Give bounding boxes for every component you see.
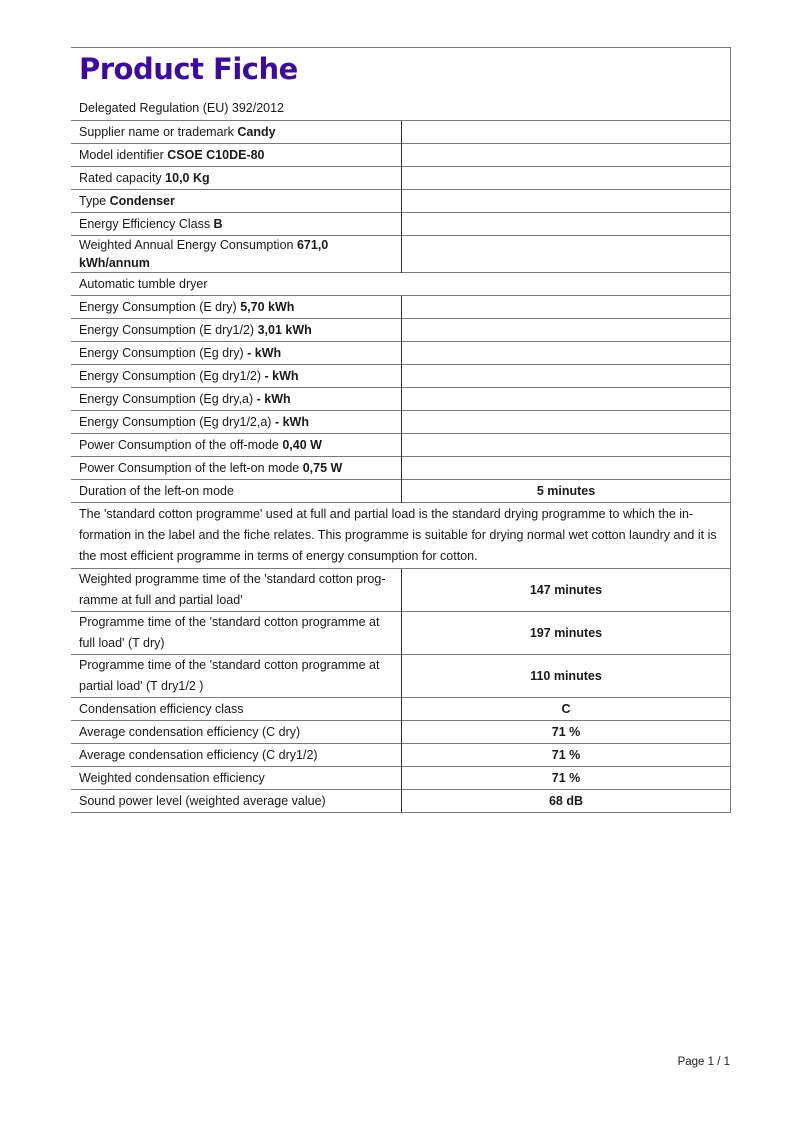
- spec-label-cell: Type Condenser: [71, 190, 402, 213]
- spec-value-cell: [402, 236, 731, 273]
- fiche-header: Product Fiche Delegated Regulation (EU) …: [71, 47, 731, 120]
- spec-value-cell: [402, 167, 731, 190]
- energy-value-cell: [402, 342, 731, 365]
- energy-label-cell: Power Consumption of the left-on mode 0,…: [71, 457, 402, 480]
- energy-label-cell: Duration of the left-on mode: [71, 480, 402, 503]
- programme-value: 147 minutes: [402, 569, 731, 612]
- note-row: The 'standard cotton programme' used at …: [71, 503, 731, 569]
- product-fiche: Product Fiche Delegated Regulation (EU) …: [71, 47, 731, 813]
- table-row: Programme time of the 'standard cotton p…: [71, 655, 731, 698]
- table-row: Energy Consumption (Eg dry1/2) - kWh: [71, 365, 731, 388]
- programme-label: Programme time of the 'standard cotton p…: [71, 655, 402, 698]
- row-label: Type: [79, 194, 110, 208]
- row-inline-value: CSOE C10DE-80: [167, 148, 264, 162]
- table-row: Sound power level (weighted average valu…: [71, 790, 731, 813]
- row-inline-value: - kWh: [257, 392, 291, 406]
- condensation-label: Average condensation efficiency (C dry): [71, 721, 402, 744]
- energy-value-cell: [402, 388, 731, 411]
- spec-label-cell: Model identifier CSOE C10DE-80: [71, 144, 402, 167]
- row-label: Energy Efficiency Class: [79, 217, 214, 231]
- table-row: Duration of the left-on mode5 minutes: [71, 480, 731, 503]
- energy-value-cell: [402, 365, 731, 388]
- row-label: Rated capacity: [79, 171, 165, 185]
- energy-value-cell: 5 minutes: [402, 480, 731, 503]
- row-label: Energy Consumption (Eg dry): [79, 346, 247, 360]
- condensation-label: Average condensation efficiency (C dry1/…: [71, 744, 402, 767]
- table-row: Model identifier CSOE C10DE-80: [71, 144, 731, 167]
- row-label: Energy Consumption (E dry): [79, 300, 240, 314]
- row-inline-value: 3,01 kWh: [258, 323, 312, 337]
- programme-value: 110 minutes: [402, 655, 731, 698]
- section-row: Automatic tumble dryer: [71, 273, 731, 296]
- spec-value-cell: [402, 190, 731, 213]
- programme-label: Weighted programme time of the 'standard…: [71, 569, 402, 612]
- table-row: Energy Consumption (E dry1/2) 3,01 kWh: [71, 319, 731, 342]
- table-row: Energy Consumption (Eg dry) - kWh: [71, 342, 731, 365]
- fiche-table: Supplier name or trademark CandyModel id…: [71, 120, 731, 813]
- table-row: Type Condenser: [71, 190, 731, 213]
- row-label: Energy Consumption (E dry1/2): [79, 323, 258, 337]
- spec-value-cell: [402, 144, 731, 167]
- energy-label-cell: Energy Consumption (Eg dry) - kWh: [71, 342, 402, 365]
- programme-note: The 'standard cotton programme' used at …: [71, 503, 731, 569]
- page-indicator: Page 1 / 1: [678, 1056, 730, 1068]
- section-label: Automatic tumble dryer: [71, 273, 731, 296]
- table-row: Energy Consumption (E dry) 5,70 kWh: [71, 296, 731, 319]
- row-inline-value: B: [214, 217, 223, 231]
- row-inline-value: 10,0 Kg: [165, 171, 209, 185]
- row-inline-value: 0,75 W: [303, 461, 343, 475]
- table-row: Weighted condensation efficiency71 %: [71, 767, 731, 790]
- energy-label-cell: Energy Consumption (Eg dry1/2,a) - kWh: [71, 411, 402, 434]
- programme-value: 197 minutes: [402, 612, 731, 655]
- row-inline-value: - kWh: [275, 415, 309, 429]
- row-inline-value: 5,70 kWh: [240, 300, 294, 314]
- energy-label-cell: Energy Consumption (E dry1/2) 3,01 kWh: [71, 319, 402, 342]
- energy-label-cell: Energy Consumption (Eg dry,a) - kWh: [71, 388, 402, 411]
- table-row: Weighted programme time of the 'standard…: [71, 569, 731, 612]
- table-row: Rated capacity 10,0 Kg: [71, 167, 731, 190]
- energy-label-cell: Power Consumption of the off-mode 0,40 W: [71, 434, 402, 457]
- row-label: Power Consumption of the off-mode: [79, 438, 282, 452]
- energy-value-cell: [402, 296, 731, 319]
- table-row: Power Consumption of the left-on mode 0,…: [71, 457, 731, 480]
- energy-label-cell: Energy Consumption (Eg dry1/2) - kWh: [71, 365, 402, 388]
- condensation-label: Condensation efficiency class: [71, 698, 402, 721]
- table-row: Energy Consumption (Eg dry,a) - kWh: [71, 388, 731, 411]
- table-row: Energy Consumption (Eg dry1/2,a) - kWh: [71, 411, 731, 434]
- row-label: Energy Consumption (Eg dry1/2,a): [79, 415, 275, 429]
- table-row: Power Consumption of the off-mode 0,40 W: [71, 434, 731, 457]
- spec-label-cell: Supplier name or trademark Candy: [71, 121, 402, 144]
- energy-value-cell: [402, 457, 731, 480]
- row-label: Duration of the left-on mode: [79, 484, 234, 498]
- table-row: Condensation efficiency classC: [71, 698, 731, 721]
- spec-value-cell: [402, 121, 731, 144]
- table-row: Average condensation efficiency (C dry1/…: [71, 744, 731, 767]
- energy-value-cell: [402, 434, 731, 457]
- row-inline-value: - kWh: [265, 369, 299, 383]
- page-title: Product Fiche: [79, 48, 730, 88]
- energy-label-cell: Energy Consumption (E dry) 5,70 kWh: [71, 296, 402, 319]
- energy-value-cell: [402, 411, 731, 434]
- condensation-value: 71 %: [402, 767, 731, 790]
- spec-value-cell: [402, 213, 731, 236]
- table-row: Weighted Annual Energy Consumption 671,0…: [71, 236, 731, 273]
- row-label: Energy Consumption (Eg dry1/2): [79, 369, 265, 383]
- row-inline-value: Condenser: [110, 194, 175, 208]
- energy-value-cell: [402, 319, 731, 342]
- condensation-value: 68 dB: [402, 790, 731, 813]
- table-row: Programme time of the 'standard cotton p…: [71, 612, 731, 655]
- condensation-value: C: [402, 698, 731, 721]
- row-inline-value: - kWh: [247, 346, 281, 360]
- row-inline-value: Candy: [237, 125, 275, 139]
- programme-label: Programme time of the 'standard cotton p…: [71, 612, 402, 655]
- spec-label-cell: Energy Efficiency Class B: [71, 213, 402, 236]
- regulation-reference: Delegated Regulation (EU) 392/2012: [79, 100, 730, 116]
- condensation-label: Sound power level (weighted average valu…: [71, 790, 402, 813]
- condensation-value: 71 %: [402, 744, 731, 767]
- row-label: Supplier name or trademark: [79, 125, 237, 139]
- row-label: Weighted Annual Energy Consumption: [79, 238, 297, 252]
- condensation-value: 71 %: [402, 721, 731, 744]
- table-row: Energy Efficiency Class B: [71, 213, 731, 236]
- row-label: Model identifier: [79, 148, 167, 162]
- row-label: Energy Consumption (Eg dry,a): [79, 392, 257, 406]
- row-inline-value: 0,40 W: [282, 438, 322, 452]
- table-row: Average condensation efficiency (C dry)7…: [71, 721, 731, 744]
- row-label: Power Consumption of the left-on mode: [79, 461, 303, 475]
- spec-label-cell: Weighted Annual Energy Consumption 671,0…: [71, 236, 402, 273]
- table-row: Supplier name or trademark Candy: [71, 121, 731, 144]
- spec-label-cell: Rated capacity 10,0 Kg: [71, 167, 402, 190]
- condensation-label: Weighted condensation efficiency: [71, 767, 402, 790]
